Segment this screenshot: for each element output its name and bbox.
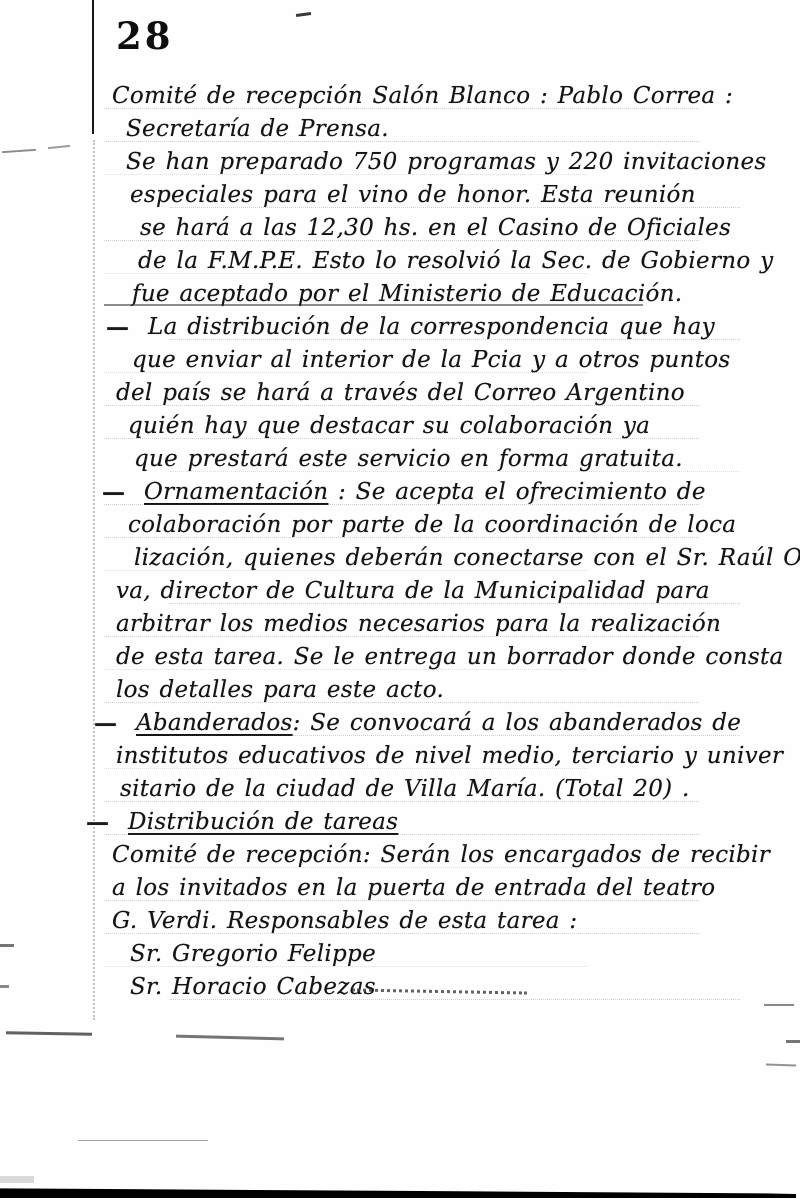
- line-text: fue aceptado por el Ministerio de Educac…: [132, 281, 682, 307]
- manuscript-line: Secretaría de Prensa.: [100, 113, 796, 146]
- manuscript-line: G. Verdi. Responsables de esta tarea :: [100, 905, 796, 938]
- manuscript-line: a los invitados en la puerta de entrada …: [100, 872, 796, 905]
- line-text: los detalles para este acto.: [116, 677, 444, 703]
- manuscript-line: Sr. Gregorio Felippe: [100, 938, 796, 971]
- line-text: especiales para el vino de honor. Esta r…: [130, 182, 696, 208]
- scan-artifact: [296, 12, 311, 17]
- line-text: lización, quienes deberán conectarse con…: [134, 545, 800, 571]
- scan-artifact: [2, 149, 36, 153]
- scan-edge-bar: [0, 1187, 796, 1198]
- line-text: : Se acepta el ofrecimiento de: [328, 479, 705, 505]
- manuscript-line: Comité de recepción: Serán los encargado…: [100, 839, 796, 872]
- line-text: se hará a las 12,30 hs. en el Casino de …: [140, 215, 731, 241]
- bullet-dash: —: [86, 806, 109, 839]
- scan-artifact: [786, 1040, 800, 1043]
- manuscript-line: los detalles para este acto.: [100, 674, 796, 707]
- scan-artifact: [78, 1140, 208, 1141]
- line-text: colaboración por parte de la coordinació…: [128, 512, 736, 538]
- manuscript-line: del país se hará a través del Correo Arg…: [100, 377, 796, 410]
- manuscript-line: institutos educativos de nivel medio, te…: [100, 740, 796, 773]
- page-edge-rule: [92, 0, 94, 134]
- manuscript-line: de esta tarea. Se le entrega un borrador…: [100, 641, 796, 674]
- manuscript-line: que enviar al interior de la Pcia y a ot…: [100, 344, 796, 377]
- manuscript-line: —La distribución de la correspondencia q…: [100, 311, 796, 344]
- line-text: del país se hará a través del Correo Arg…: [116, 380, 685, 406]
- bullet-dash: —: [94, 707, 117, 740]
- bullet-dash: —: [102, 476, 125, 509]
- manuscript-line: —Ornamentación : Se acepta el ofrecimien…: [100, 476, 796, 509]
- section-heading: Ornamentación: [144, 479, 328, 505]
- manuscript-line: Sr. Horacio Cabezas: [100, 971, 796, 1004]
- manuscript-line: —Abanderados: Se convocará a los abander…: [100, 707, 796, 740]
- line-text: de esta tarea. Se le entrega un borrador…: [116, 644, 784, 670]
- line-text: quién hay que destacar su colaboración y…: [128, 413, 650, 439]
- manuscript-line: que prestará este servicio en forma grat…: [100, 443, 796, 476]
- line-text: : Se convocará a los abanderados de: [293, 710, 742, 736]
- scan-artifact: [176, 1035, 284, 1041]
- line-text: de la F.M.P.E. Esto lo resolvió la Sec. …: [138, 248, 773, 274]
- line-text: a los invitados en la puerta de entrada …: [112, 875, 715, 901]
- line-text: va, director de Cultura de la Municipali…: [116, 578, 710, 604]
- manuscript-line: Comité de recepción Salón Blanco : Pablo…: [100, 80, 796, 113]
- page-edge-rule-dotted: [93, 140, 95, 1020]
- scan-artifact: [0, 985, 9, 988]
- section-heading: Abanderados: [136, 710, 293, 736]
- line-text: arbitrar los medios necesarios para la r…: [116, 611, 721, 637]
- line-text: Comité de recepción: Serán los encargado…: [112, 842, 770, 868]
- manuscript-line: colaboración por parte de la coordinació…: [100, 509, 796, 542]
- manuscript-line: se hará a las 12,30 hs. en el Casino de …: [100, 212, 796, 245]
- manuscript-line: fue aceptado por el Ministerio de Educac…: [100, 278, 796, 311]
- handwritten-text-block: Comité de recepción Salón Blanco : Pablo…: [100, 80, 796, 1004]
- manuscript-line: lización, quienes deberán conectarse con…: [100, 542, 796, 575]
- line-text: institutos educativos de nivel medio, te…: [116, 743, 783, 769]
- manuscript-line: Se han preparado 750 programas y 220 inv…: [100, 146, 796, 179]
- scan-artifact: [0, 944, 14, 947]
- manuscript-line: —Distribución de tareas: [100, 806, 796, 839]
- line-text: Se han preparado 750 programas y 220 inv…: [126, 149, 767, 175]
- manuscript-line: quién hay que destacar su colaboración y…: [100, 410, 796, 443]
- line-text: Sr. Gregorio Felippe: [130, 941, 376, 967]
- line-text: que enviar al interior de la Pcia y a ot…: [132, 347, 731, 373]
- line-text: Sr. Horacio Cabezas: [130, 974, 376, 1000]
- scanned-manuscript-page: 28 Comité de recepción Salón Blanco : Pa…: [0, 0, 800, 1200]
- manuscript-line: especiales para el vino de honor. Esta r…: [100, 179, 796, 212]
- bullet-dash: —: [106, 311, 129, 344]
- scan-artifact: [48, 145, 70, 149]
- line-text: que prestará este servicio en forma grat…: [134, 446, 683, 472]
- line-text: G. Verdi. Responsables de esta tarea :: [112, 908, 577, 934]
- line-text: La distribución de la correspondencia qu…: [148, 314, 715, 340]
- scan-artifact: [766, 1063, 796, 1066]
- scan-artifact: [6, 1031, 92, 1036]
- page-number: 28: [116, 14, 174, 58]
- scan-artifact: [764, 1004, 794, 1006]
- line-text: sitario de la ciudad de Villa María. (To…: [120, 776, 690, 802]
- section-heading: Distribución de tareas: [128, 809, 398, 835]
- manuscript-line: de la F.M.P.E. Esto lo resolvió la Sec. …: [100, 245, 796, 278]
- manuscript-line: arbitrar los medios necesarios para la r…: [100, 608, 796, 641]
- scan-artifact: [0, 1176, 34, 1183]
- manuscript-line: va, director de Cultura de la Municipali…: [100, 575, 796, 608]
- line-text: Secretaría de Prensa.: [126, 116, 389, 142]
- manuscript-line: sitario de la ciudad de Villa María. (To…: [100, 773, 796, 806]
- line-text: Comité de recepción Salón Blanco : Pablo…: [112, 83, 733, 109]
